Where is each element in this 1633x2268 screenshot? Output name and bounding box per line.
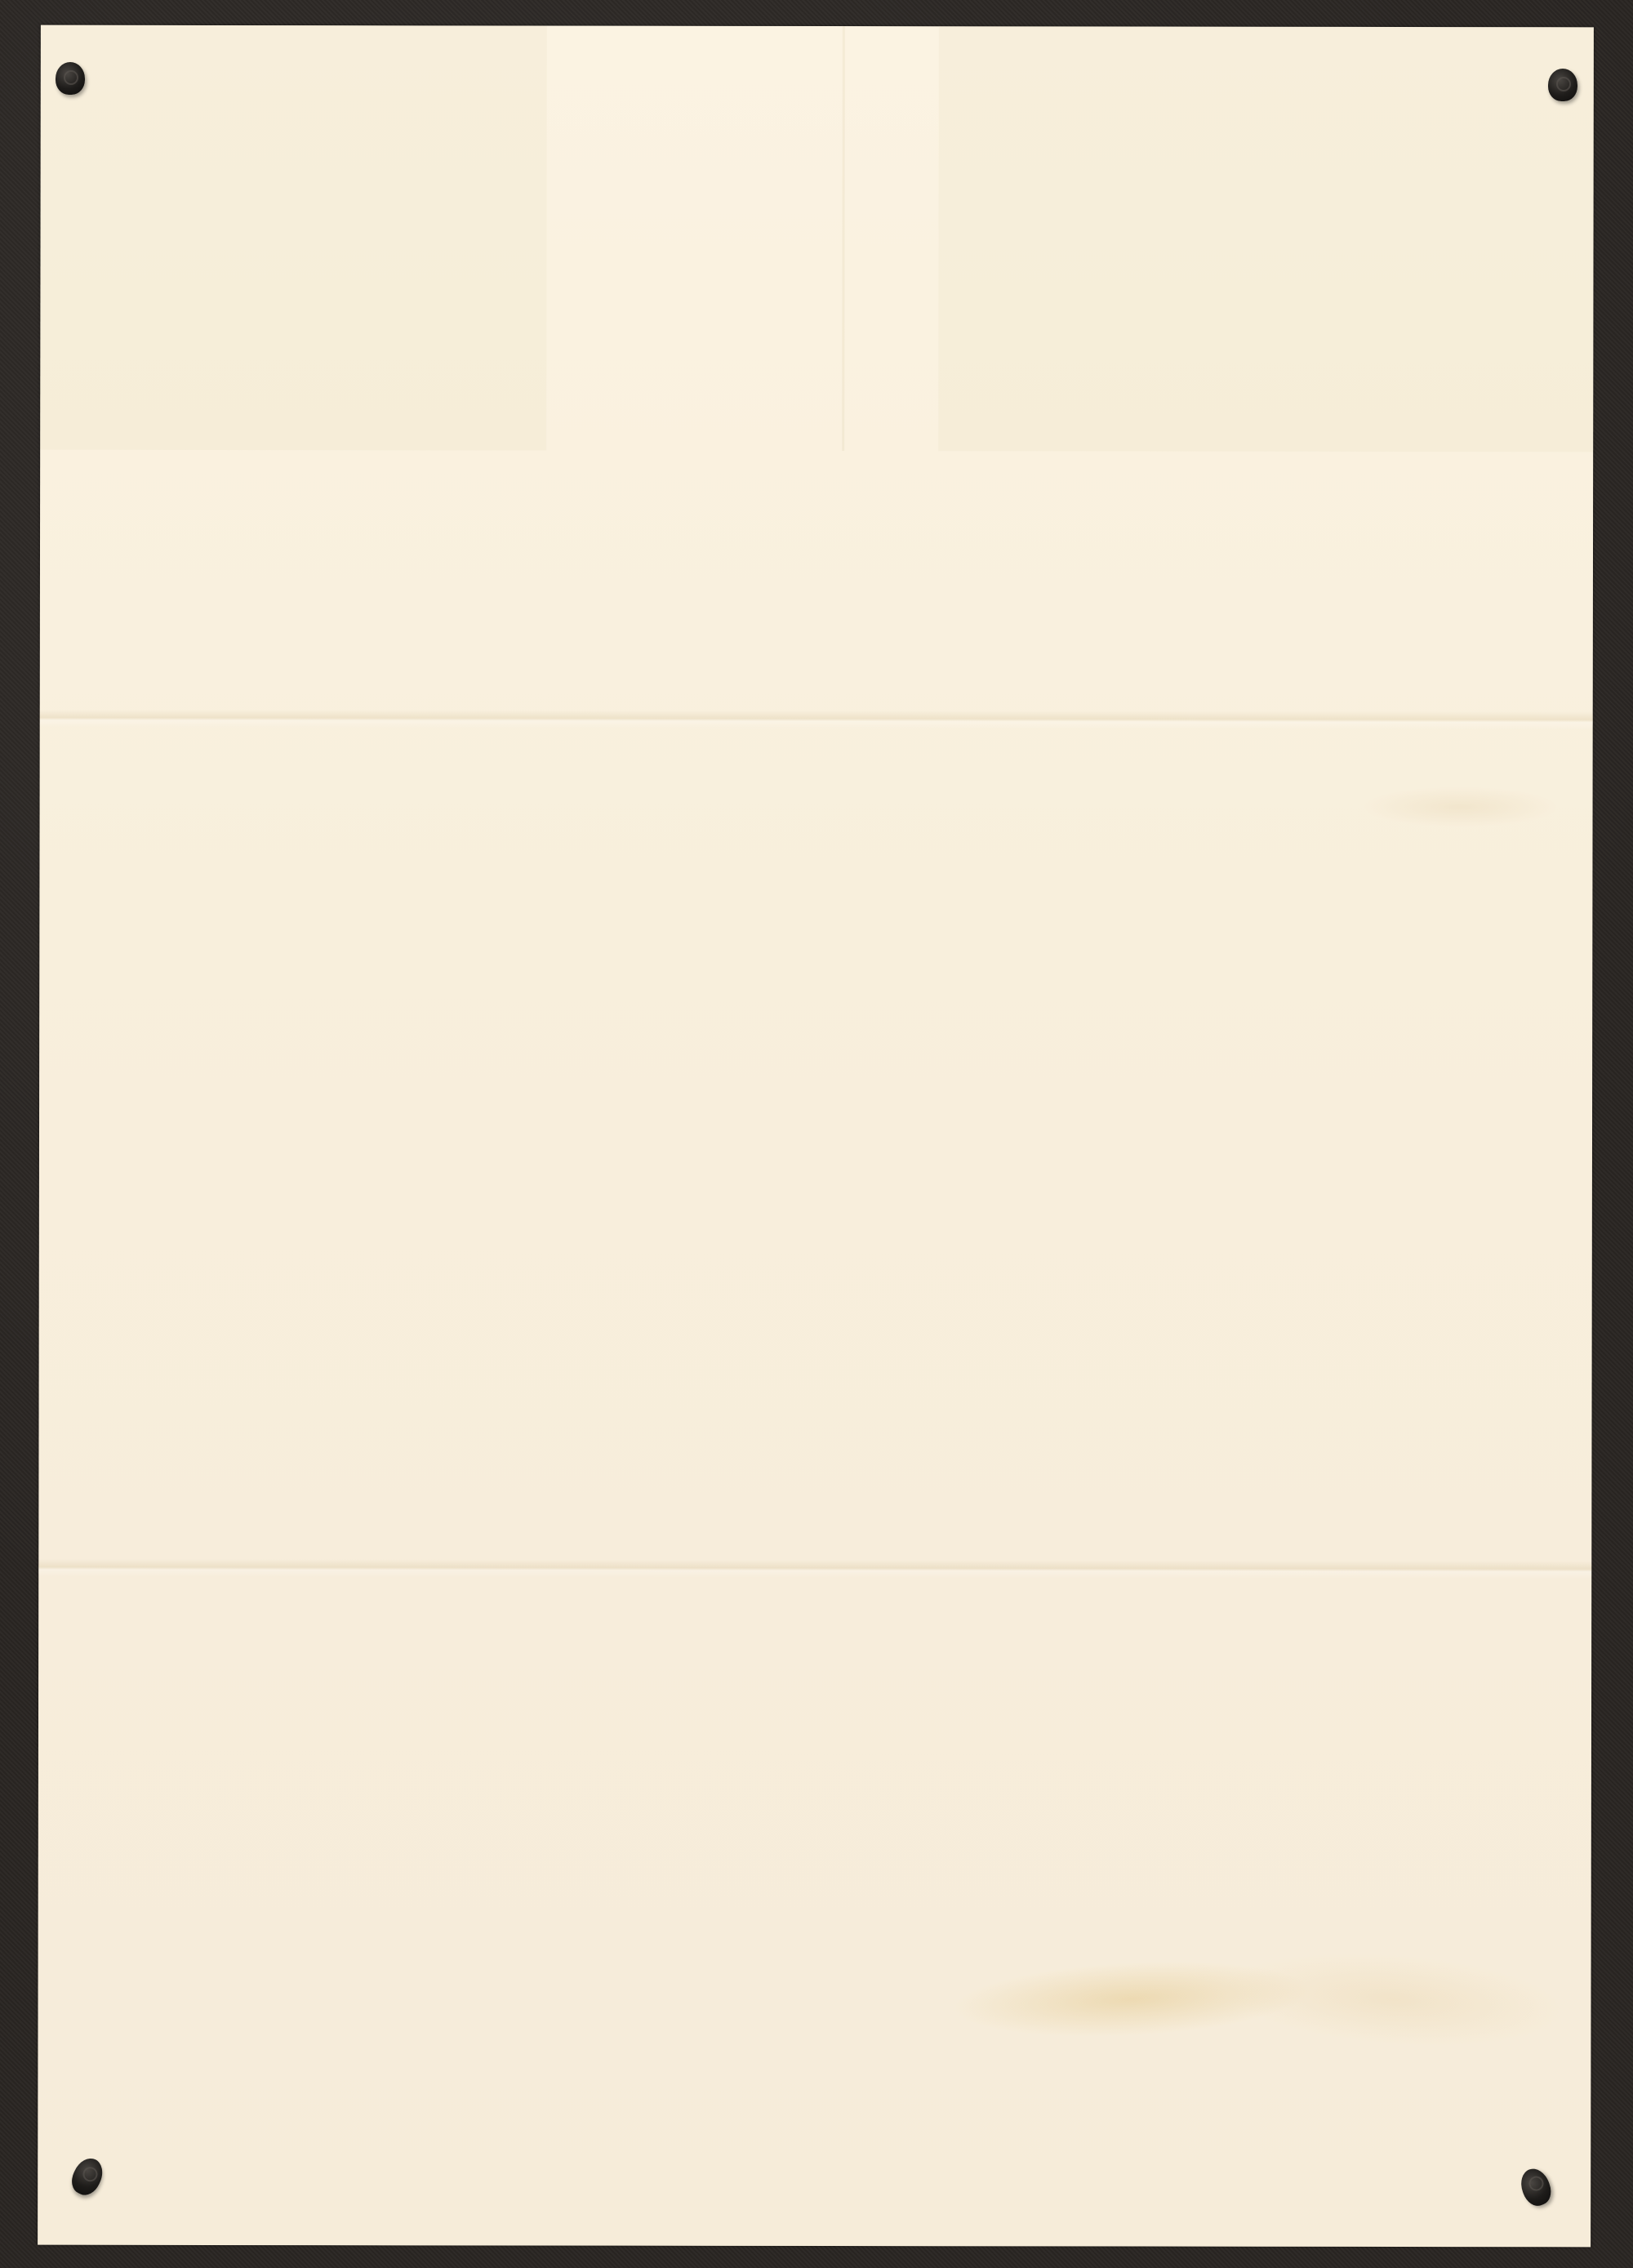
poster-back	[38, 25, 1594, 2248]
stain-mark	[1363, 786, 1559, 827]
pushpin-icon	[56, 62, 85, 95]
vertical-crease	[842, 26, 845, 451]
ghost-panel-left	[40, 25, 547, 451]
stain-mark	[1219, 1942, 1568, 2056]
ghost-panel-right	[938, 26, 1594, 452]
fold-line-lower	[38, 1559, 1591, 1580]
pushpin-icon	[1548, 69, 1577, 101]
fold-line-upper	[40, 710, 1593, 730]
